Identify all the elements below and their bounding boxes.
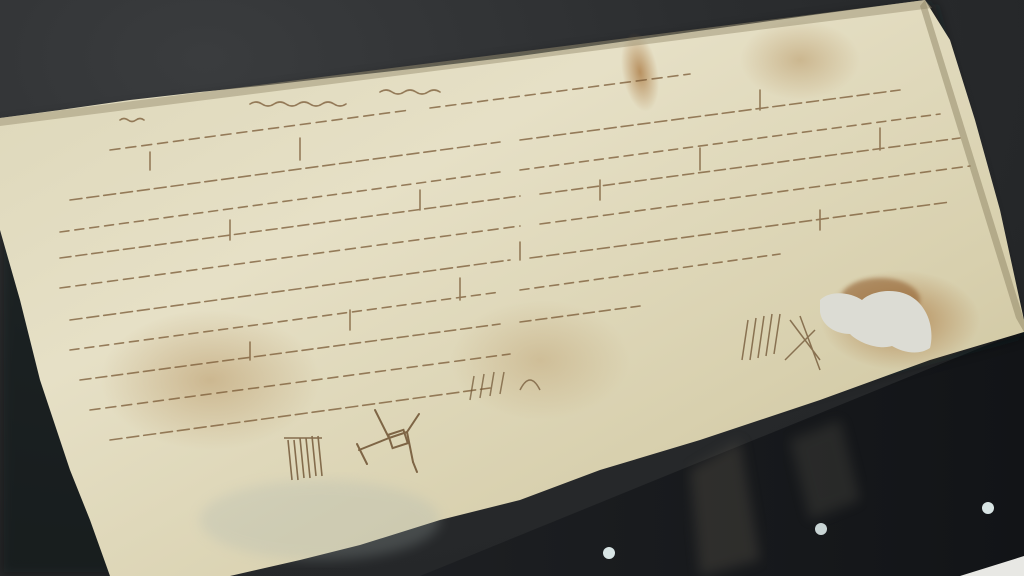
light-reflection-1 — [603, 547, 615, 559]
parchment-illustration — [0, 0, 1024, 576]
light-reflection-3 — [982, 502, 994, 514]
museum-display-scene: Medieval parchment charter with faded br… — [0, 0, 1024, 576]
light-reflection-2 — [815, 523, 827, 535]
